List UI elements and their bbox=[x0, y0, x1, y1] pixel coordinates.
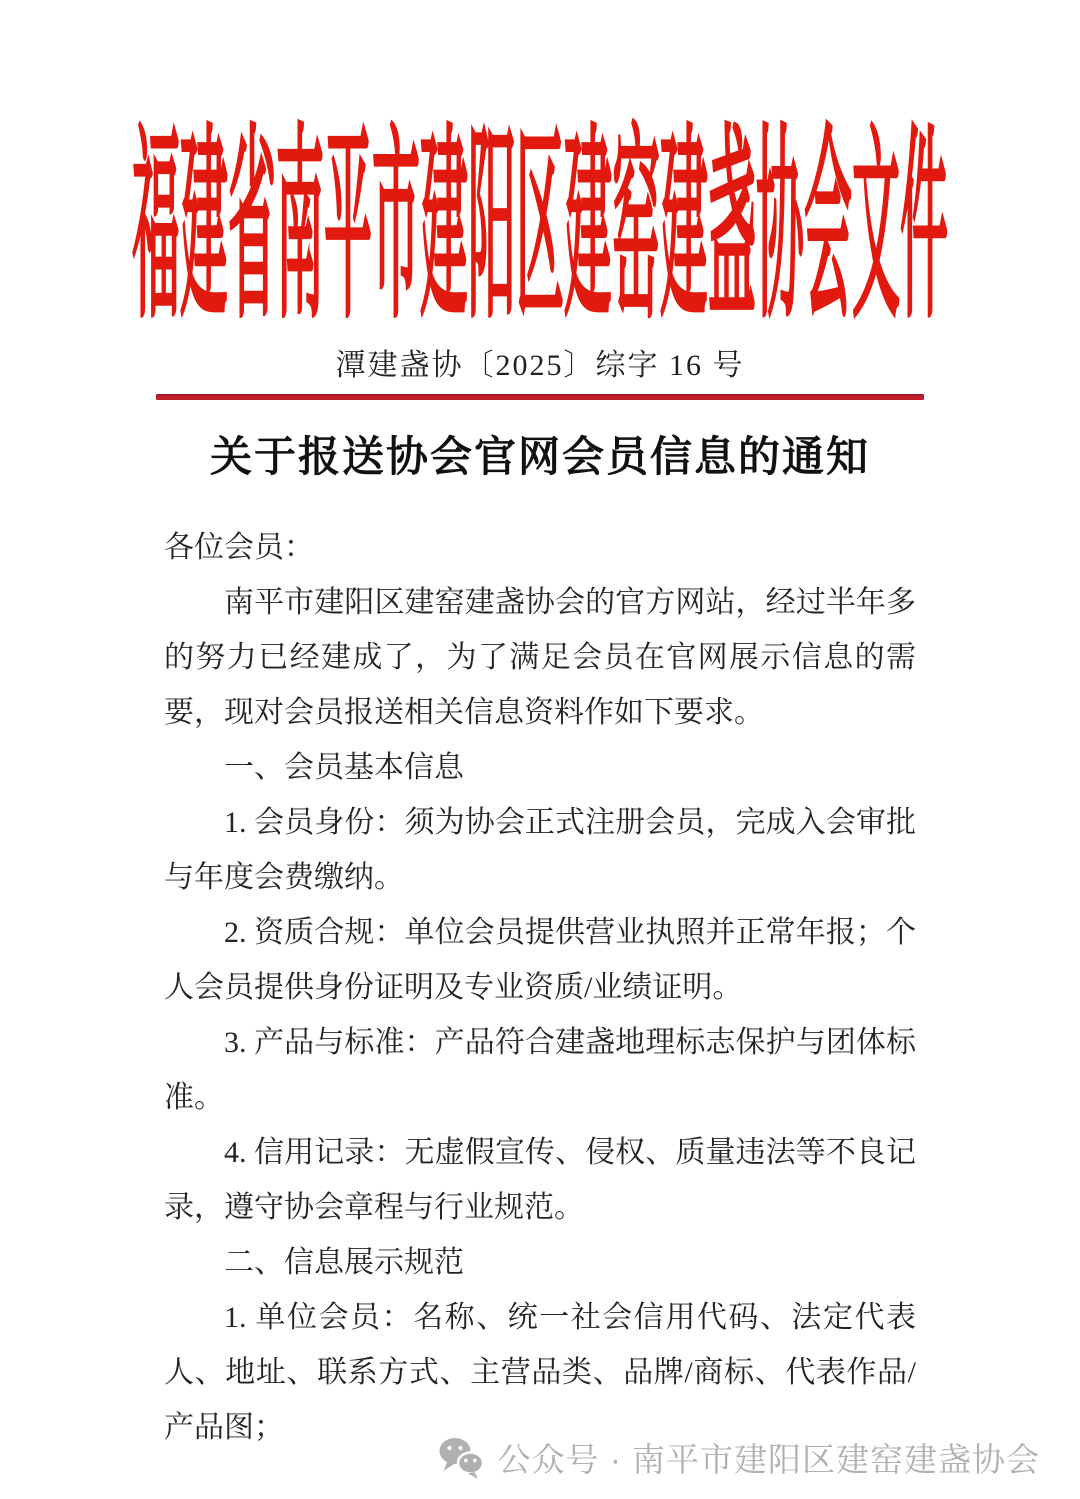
body-paragraph: 3. 产品与标准：产品符合建盏地理标志保护与团体标准。 bbox=[164, 1015, 916, 1125]
body-paragraph: 4. 信用记录：无虚假宣传、侵权、质量违法等不良记录，遵守协会章程与行业规范。 bbox=[164, 1125, 916, 1235]
letterhead: 福建省南平市建阳区建窑建盏协会文件 bbox=[0, 133, 1080, 333]
body-paragraph: 一、会员基本信息 bbox=[164, 740, 916, 795]
notice-body: 各位会员： 南平市建阳区建窑建盏协会的官方网站，经过半年多的努力已经建成了，为了… bbox=[164, 520, 916, 1455]
body-paragraph: 1. 会员身份：须为协会正式注册会员，完成入会审批与年度会费缴纳。 bbox=[164, 795, 916, 905]
paragraph-list: 南平市建阳区建窑建盏协会的官方网站，经过半年多的努力已经建成了，为了满足会员在官… bbox=[164, 575, 916, 1455]
body-paragraph: 南平市建阳区建窑建盏协会的官方网站，经过半年多的努力已经建成了，为了满足会员在官… bbox=[164, 575, 916, 740]
letterhead-divider bbox=[156, 394, 924, 400]
document-number: 潭建盏协〔2025〕综字 16 号 bbox=[0, 347, 1080, 385]
body-paragraph: 2. 资质合规：单位会员提供营业执照并正常年报；个人会员提供身份证明及专业资质/… bbox=[164, 905, 916, 1015]
wechat-icon bbox=[438, 1436, 486, 1480]
notice-title: 关于报送协会官网会员信息的通知 bbox=[0, 432, 1080, 484]
footer: 公众号 · 南平市建阳区建窑建盏协会 bbox=[0, 1434, 1040, 1481]
salutation: 各位会员： bbox=[164, 520, 916, 575]
letterhead-org-title: 福建省南平市建阳区建窑建盏协会文件 bbox=[132, 129, 948, 338]
document-page: 福建省南平市建阳区建窑建盏协会文件 潭建盏协〔2025〕综字 16 号 关于报送… bbox=[0, 0, 1080, 1499]
footer-text: 公众号 · 南平市建阳区建窑建盏协会 bbox=[498, 1434, 1040, 1481]
body-paragraph: 二、信息展示规范 bbox=[164, 1235, 916, 1290]
body-paragraph: 1. 单位会员：名称、统一社会信用代码、法定代表人、地址、联系方式、主营品类、品… bbox=[164, 1290, 916, 1455]
